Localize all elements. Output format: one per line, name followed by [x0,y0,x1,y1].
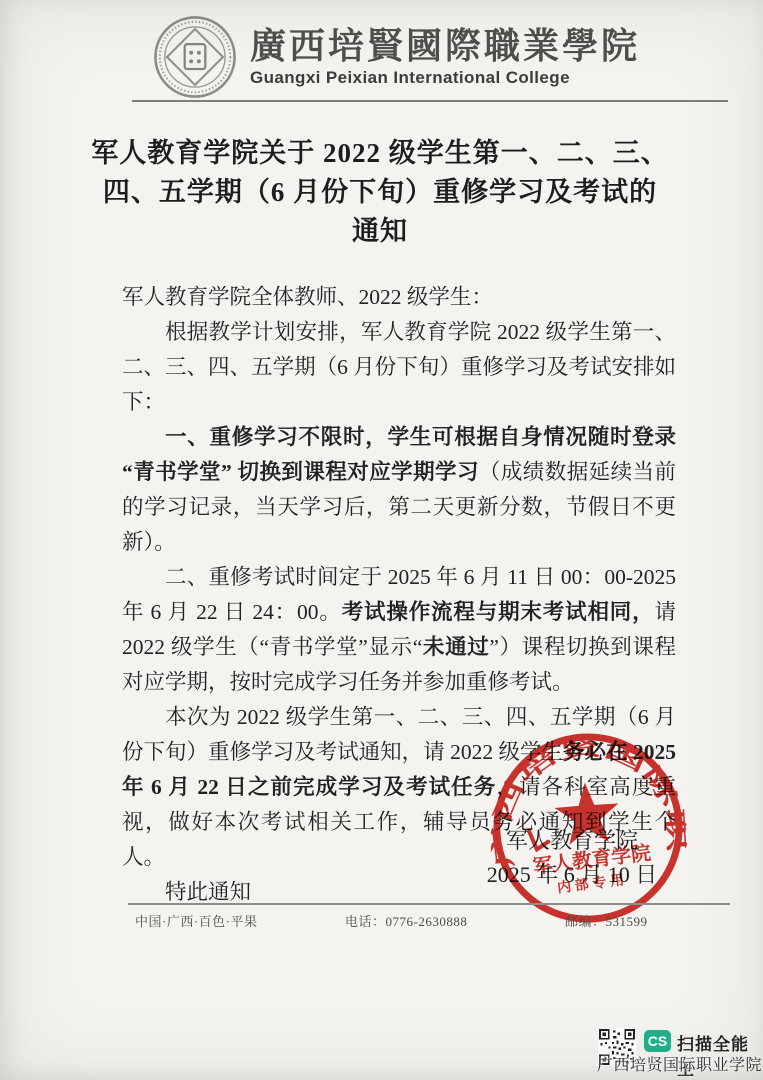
paragraph-bold-text: 考试操作流程与期末考试相同， [342,600,655,624]
paragraph-text: 军人教育学院全体教师、2022 级学生： [122,285,493,309]
footer-postcode: 邮编：531599 [565,911,648,930]
header-divider [132,100,728,102]
footer-phone: 电话：0776-2630888 [345,911,467,930]
notice-paragraph: 一、重修学习不限时，学生可根据自身情况随时登录 “青书学堂” 切换到课程对应学期… [122,420,676,560]
college-emblem-icon [152,14,238,100]
notice-paragraph: 军人教育学院全体教师、2022 级学生： [122,280,676,315]
notice-title: 军人教育学院关于 2022 级学生第一、二、三、 四、五学期（6 月份下旬）重修… [60,134,700,251]
seal-line2: 内部专用 [556,871,629,896]
camscanner-watermark: CS 扫描全能王 广西培贤国际职业学院 [596,1024,760,1076]
notice-paragraph: 二、重修考试时间定于 2025 年 6 月 11 日 00：00-2025 年 … [122,560,676,700]
paragraph-text: 特此通知 [165,880,251,904]
footer-address: 中国·广西·百色·平果 [135,911,258,930]
college-name-en: Guangxi Peixian International College [250,67,640,89]
notice-paragraph: 根据教学计划安排，军人教育学院 2022 级学生第一、二、三、四、五学期（6 月… [122,315,676,420]
college-name-cn: 廣西培賢國際職業學院 [250,25,640,67]
paragraph-text: 根据教学计划安排，军人教育学院 2022 级学生第一、二、三、四、五学期（6 月… [122,320,676,414]
seal-line1: 军人教育学院 [532,841,653,878]
camscanner-logo-icon: CS [644,1030,671,1052]
official-seal: 广西培贤国际职业学院 军人教育学院 内部专用 [482,722,693,933]
scanned-notice-page: 廣西培賢國際職業學院 Guangxi Peixian International… [0,0,763,1080]
seal-star-icon [553,780,621,845]
seal-mark-artifact [529,829,549,850]
college-brand: 廣西培賢國際職業學院 Guangxi Peixian International… [250,25,640,89]
paragraph-bold-text: 未通过 [422,635,489,659]
footer-divider [128,903,730,905]
letterhead: 廣西培賢國際職業學院 Guangxi Peixian International… [152,14,640,100]
watermark-college-name: 广西培贤国际职业学院 [597,1052,760,1075]
